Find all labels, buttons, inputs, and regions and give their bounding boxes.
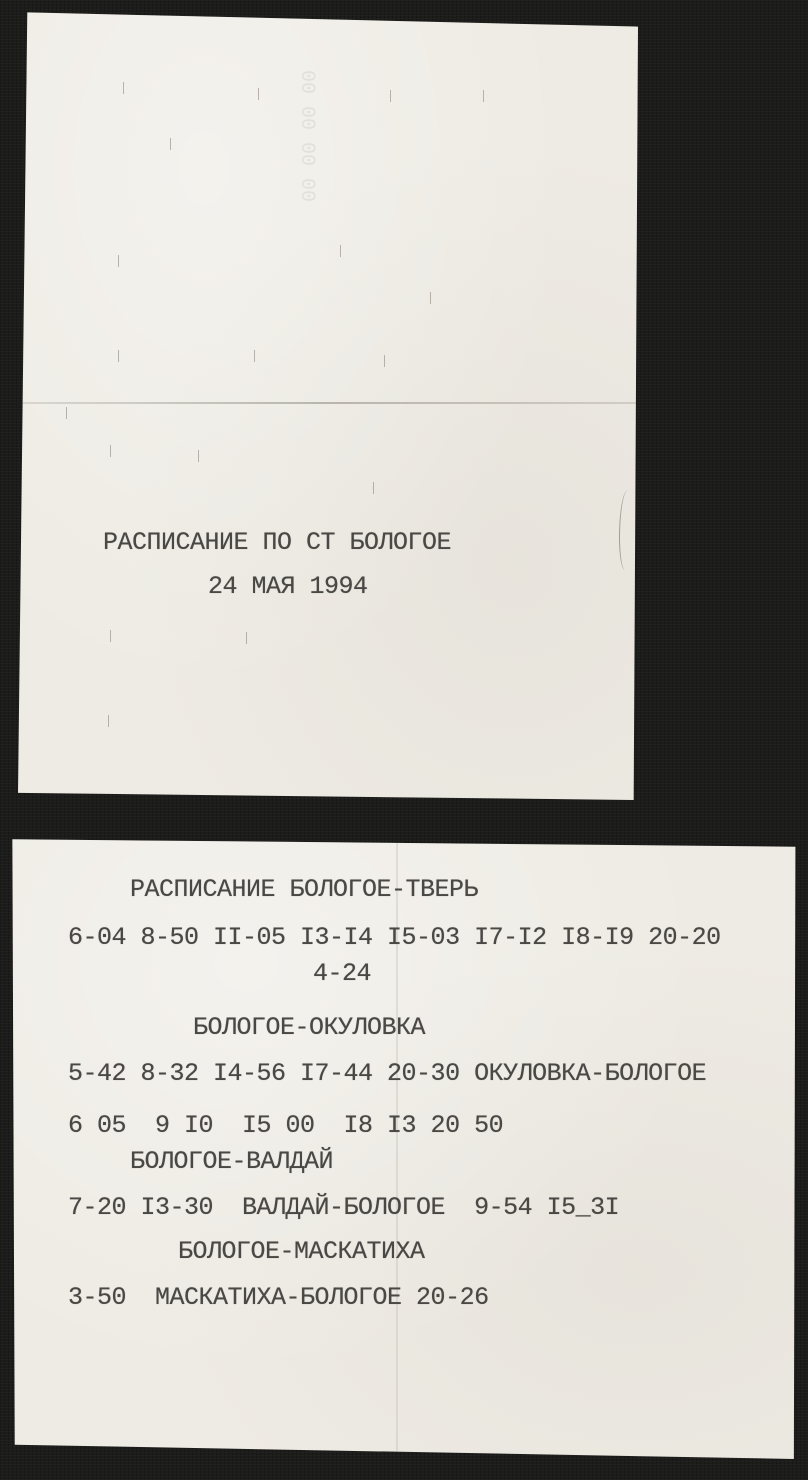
show-through-mark [430,292,431,304]
show-through-mark [373,482,374,494]
show-through-mark [246,632,247,644]
show-through-mark [384,355,385,367]
show-through-mark [118,255,119,267]
section-heading-bologoe-maskatikha: БОЛОГОЕ-МАСКАТИХА [178,1237,425,1266]
bottom-paper-slip: РАСПИСАНИЕ БОЛОГОЕ-ТВЕРЬ 6-04 8-50 II-05… [10,838,797,1459]
timetable-line: 6-04 8-50 II-05 I3-I4 I5-03 I7-I2 I8-I9 … [68,923,721,952]
show-through-mark [66,407,67,419]
timetable-line: 3-50 МАСКАТИХА-БОЛОГОЕ 20-26 [68,1283,489,1312]
show-through-mark [390,90,391,102]
show-through-mark [483,90,484,102]
top-paper-slip: 00 00 00 00 РАСПИСАНИЕ ПО СТ БОЛОГОЕ 24 … [18,10,638,800]
document-title: РАСПИСАНИЕ ПО СТ БОЛОГОЕ [103,528,451,557]
timetable-line: 6 05 9 I0 I5 00 I8 I3 20 50 [68,1111,503,1140]
reverse-side-bleed: 00 00 00 00 [295,70,318,202]
show-through-mark [110,630,111,642]
show-through-mark [170,138,171,150]
section-heading-bologoe-okulovka: БОЛОГОЕ-ОКУЛОВКА [193,1013,425,1042]
show-through-mark [340,245,341,257]
show-through-mark [258,88,259,100]
section-heading-bologoe-tver: РАСПИСАНИЕ БОЛОГОЕ-ТВЕРЬ [130,875,478,904]
section-heading-bologoe-valdai: БОЛОГОЕ-ВАЛДАЙ [130,1147,333,1176]
show-through-mark [123,82,124,94]
timetable-line: 5-42 8-32 I4-56 I7-44 20-30 ОКУЛОВКА-БОЛ… [68,1059,706,1088]
paper-tear [619,490,634,570]
show-through-mark [198,450,199,462]
timetable-line: 4-24 [313,959,371,988]
fold-crease [18,402,638,404]
document-date: 24 МАЯ 1994 [208,572,368,601]
show-through-mark [110,445,111,457]
show-through-mark [118,350,119,362]
timetable-line: 7-20 I3-30 ВАЛДАЙ-БОЛОГОЕ 9-54 I5_3I [68,1193,619,1222]
show-through-mark [108,715,109,727]
show-through-mark [254,350,255,362]
